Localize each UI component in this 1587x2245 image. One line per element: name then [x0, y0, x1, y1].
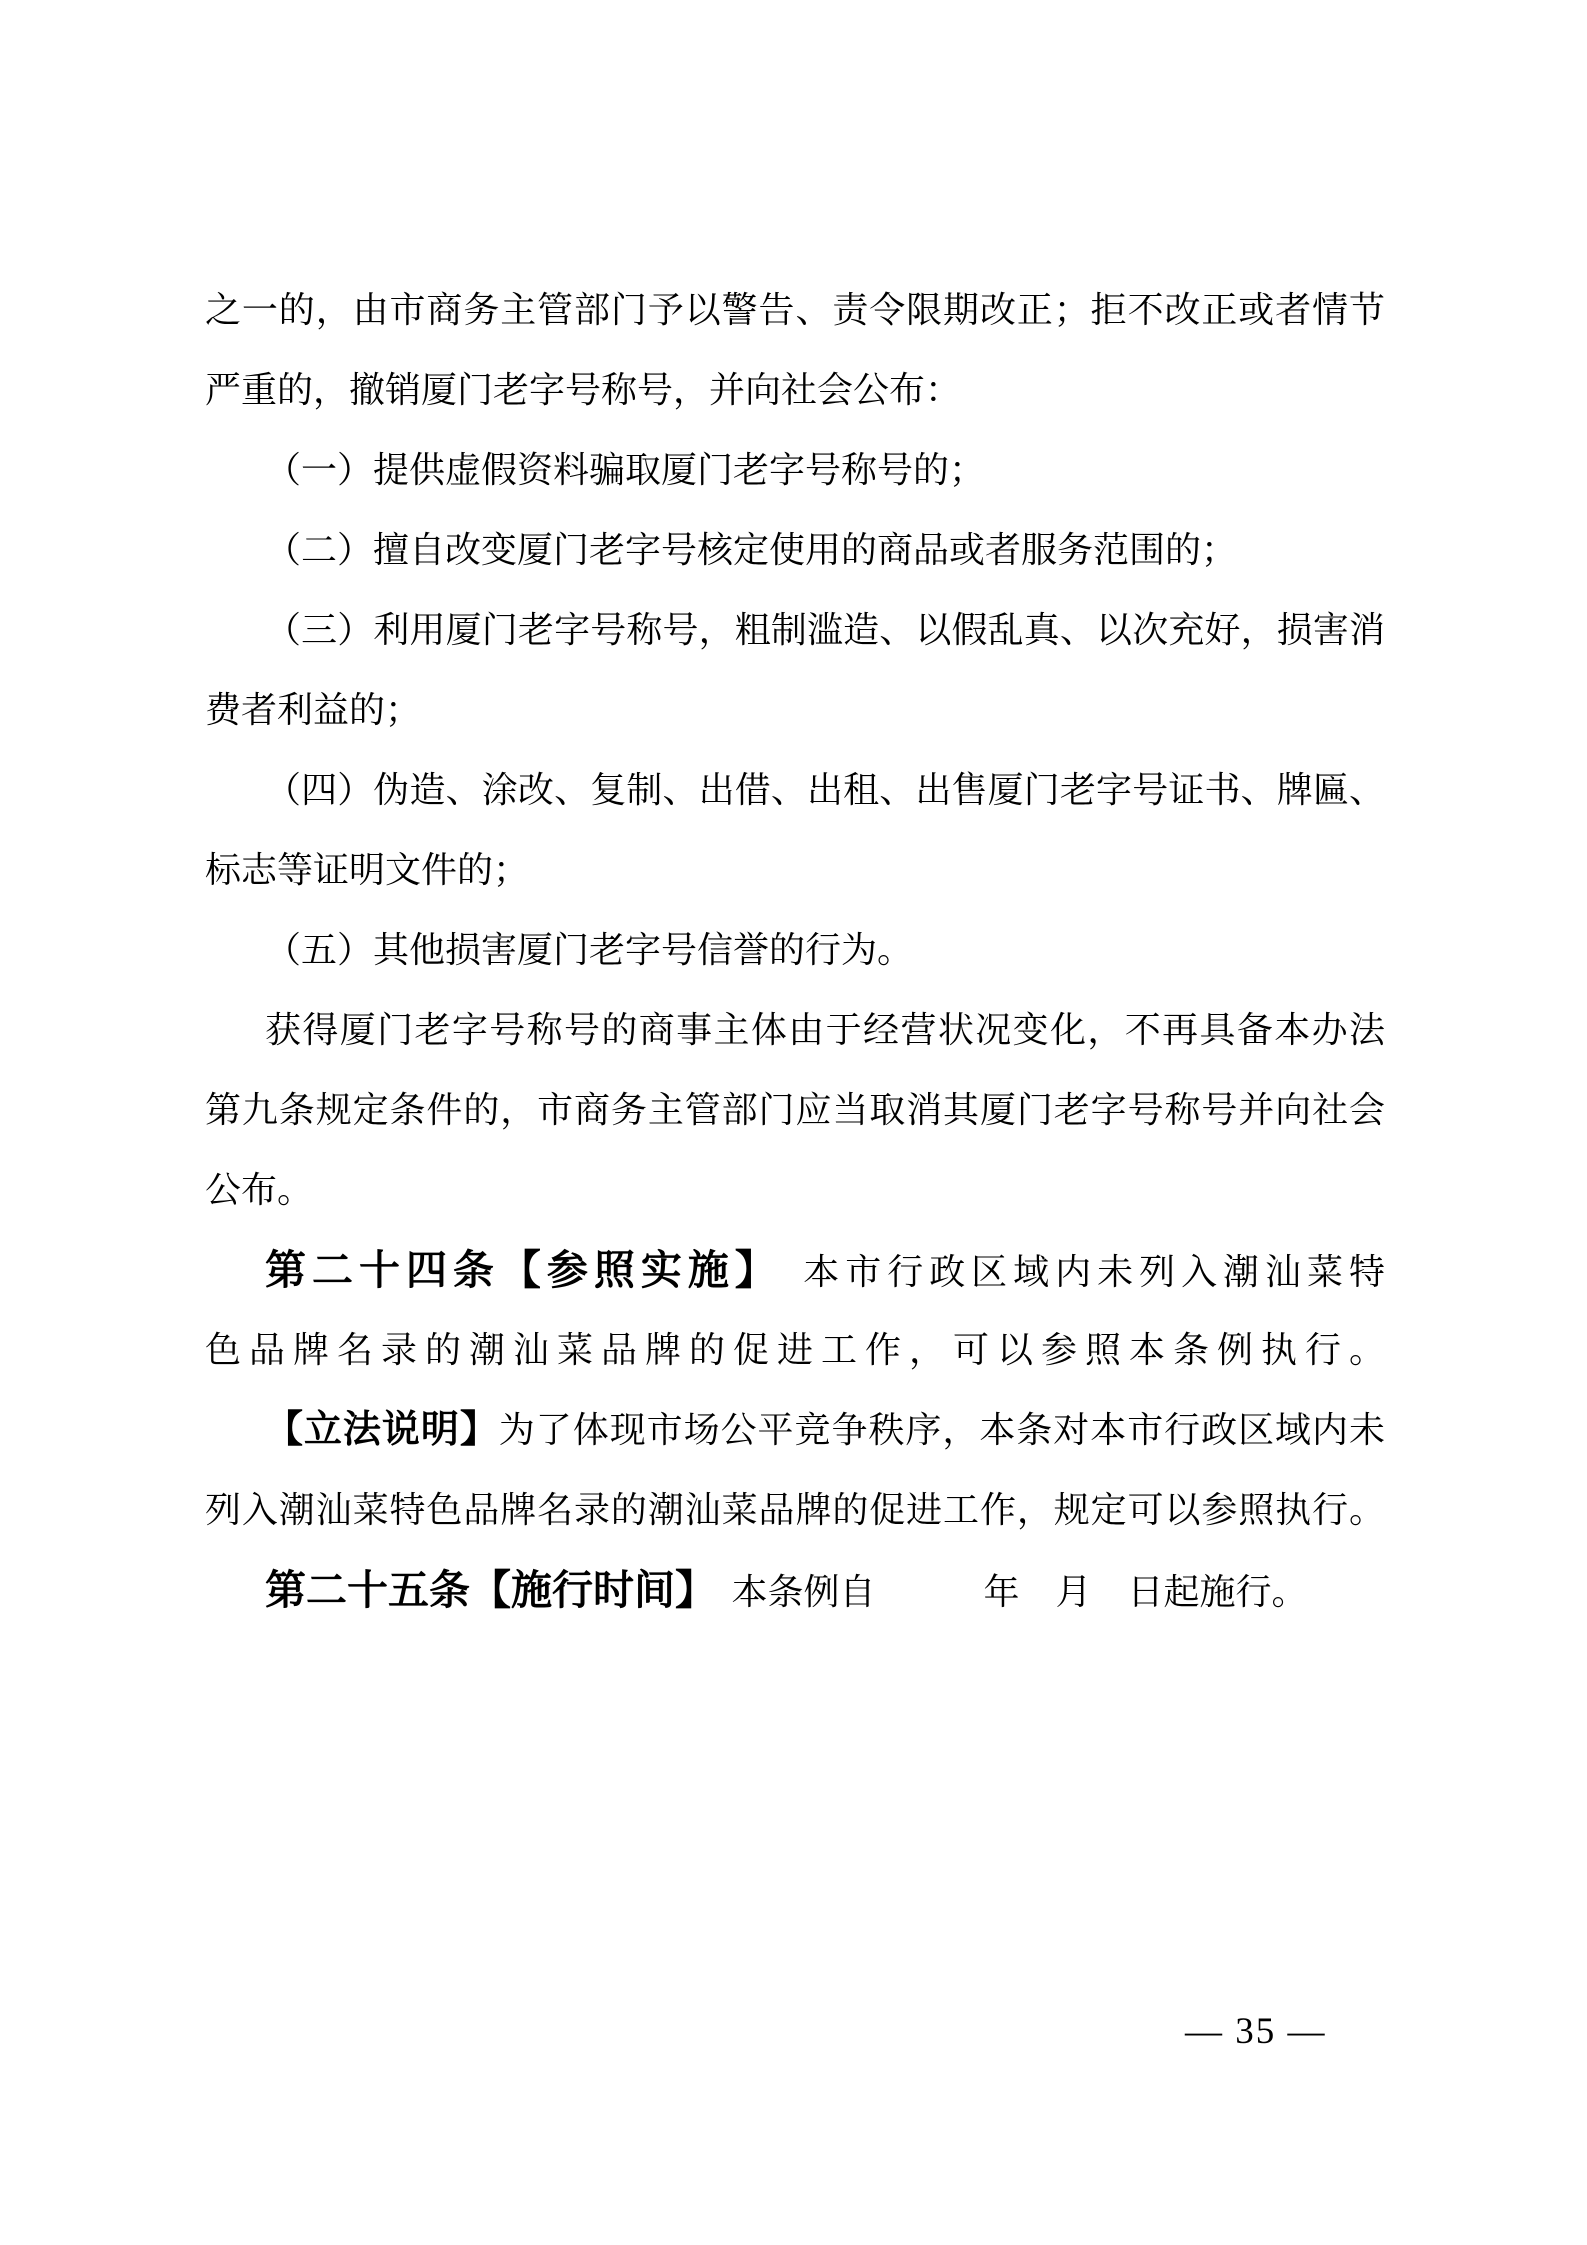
- body-line-02: 严重的，撤销厦门老字号称号，并向社会公布：: [205, 350, 1385, 430]
- article-24-heading: 第二十四条【参照实施】: [265, 1247, 761, 1293]
- body-line-12: 公布。: [205, 1150, 1385, 1230]
- page-number: — 35 —: [1185, 2002, 1327, 2062]
- list-item-4-continuation: 标志等证明文件的；: [205, 830, 1385, 910]
- article-24-text: 本市行政区域内未列入潮汕菜特: [761, 1252, 1385, 1292]
- article-24-line: 第二十四条【参照实施】 本市行政区域内未列入潮汕菜特: [205, 1230, 1385, 1310]
- legislative-note-text: 为了体现市场公平竞争秩序，本条对本市行政区域内未: [499, 1410, 1385, 1450]
- article-25-line: 第二十五条【施行时间】 本条例自 年 月 日起施行。: [205, 1550, 1385, 1630]
- article-25-text: 本条例自 年 月 日起施行。: [696, 1572, 1308, 1612]
- body-line-01: 之一的，由市商务主管部门予以警告、责令限期改正；拒不改正或者情节: [205, 270, 1385, 350]
- list-item-3-continuation: 费者利益的；: [205, 670, 1385, 750]
- list-item-2: （二）擅自改变厦门老字号核定使用的商品或者服务范围的；: [205, 510, 1385, 590]
- legislative-note-continuation: 列入潮汕菜特色品牌名录的潮汕菜品牌的促进工作，规定可以参照执行。: [205, 1470, 1385, 1550]
- document-page: 之一的，由市商务主管部门予以警告、责令限期改正；拒不改正或者情节 严重的，撤销厦…: [0, 0, 1587, 2245]
- article-24-continuation: 色品牌名录的潮汕菜品牌的促进工作，可以参照本条例执行。: [205, 1310, 1385, 1390]
- body-line-11: 第九条规定条件的，市商务主管部门应当取消其厦门老字号称号并向社会: [205, 1070, 1385, 1150]
- legislative-note-line: 【立法说明】为了体现市场公平竞争秩序，本条对本市行政区域内未: [205, 1390, 1385, 1470]
- list-item-3: （三）利用厦门老字号称号，粗制滥造、以假乱真、以次充好，损害消: [205, 590, 1385, 670]
- body-line-10: 获得厦门老字号称号的商事主体由于经营状况变化，不再具备本办法: [205, 990, 1385, 1070]
- article-25-heading: 第二十五条【施行时间】: [265, 1567, 696, 1613]
- legislative-note-heading: 【立法说明】: [265, 1409, 499, 1451]
- document-body: 之一的，由市商务主管部门予以警告、责令限期改正；拒不改正或者情节 严重的，撤销厦…: [205, 270, 1385, 1630]
- list-item-4: （四）伪造、涂改、复制、出借、出租、出售厦门老字号证书、牌匾、: [205, 750, 1385, 830]
- list-item-5: （五）其他损害厦门老字号信誉的行为。: [205, 910, 1385, 990]
- list-item-1: （一）提供虚假资料骗取厦门老字号称号的；: [205, 430, 1385, 510]
